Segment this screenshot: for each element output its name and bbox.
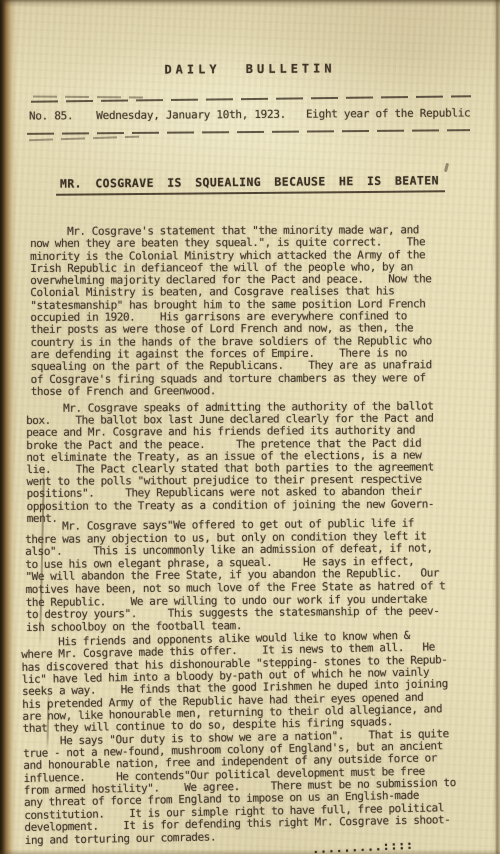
page-top-edge bbox=[0, 0, 500, 7]
scanned-document-page: DAILY BULLETIN No. 85. Wednesday, Januar… bbox=[0, 0, 500, 854]
page-binding-edge bbox=[0, 0, 17, 854]
pen-mark bbox=[444, 163, 449, 172]
page-right-edge bbox=[493, 0, 500, 854]
masthead-title: DAILY BULLETIN bbox=[0, 60, 500, 77]
dashed-rule-bottom bbox=[27, 129, 470, 135]
republic-year-note: Eight year of the Republic bbox=[306, 106, 470, 120]
issue-date: Wednesday, January 10th, 1923. bbox=[96, 108, 286, 122]
headline: MR. COSGRAVE IS SQUEALING BECAUSE HE IS … bbox=[56, 173, 445, 195]
body-paragraph-4: His friends and opponents alike would li… bbox=[21, 628, 497, 846]
issue-number: No. 85. bbox=[29, 109, 73, 122]
body-paragraph-1: Mr. Cosgrave's statement that "the minor… bbox=[30, 224, 500, 398]
dashed-rule-top bbox=[31, 95, 471, 102]
body-paragraph-2: Mr. Cosgrave speaks of admitting the aut… bbox=[26, 400, 499, 525]
dateline: No. 85. Wednesday, January 10th, 1923. E… bbox=[0, 106, 500, 122]
body-paragraph-3: Mr. Cosgrave says"We offered to get out … bbox=[25, 517, 498, 634]
page-bottom-edge bbox=[0, 849, 500, 854]
